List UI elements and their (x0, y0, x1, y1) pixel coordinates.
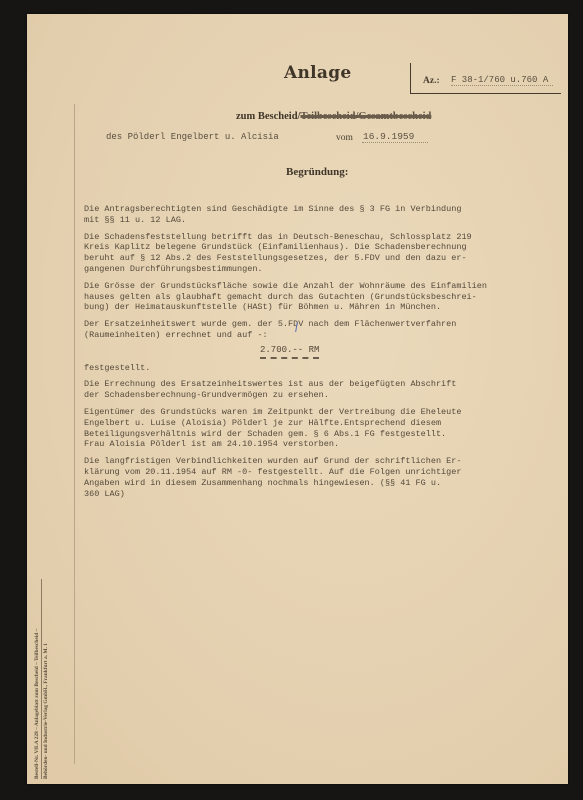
paragraph-claimants: Die Antragsberechtigten sind Geschädigte… (84, 204, 564, 226)
margin-rule (74, 104, 75, 764)
paragraph-owners: Eigentümer des Grundstücks waren im Zeit… (84, 407, 564, 450)
printer-imprint: Bestell-Nr. VfLA 228 – Anlageblatt zum B… (33, 579, 57, 779)
decision-date: 16.9.1959 (362, 131, 428, 143)
section-heading: Begründung: (286, 166, 348, 178)
document-subtitle: zum Bescheid/Teilbescheid/Gesamtbescheid (236, 111, 431, 122)
reference-number: F 38-1/760 u.760 A (451, 75, 553, 86)
assessed-amount: 2.700.-- RM (260, 345, 319, 359)
paragraph-evidence: Die Grösse der Grundstücksfläche sowie d… (84, 281, 564, 313)
paragraph-liabilities: Die langfristigen Verbindlichkeiten wurd… (84, 456, 564, 499)
paragraph-property: Die Schadensfeststellung betrifft das in… (84, 232, 564, 275)
imprint-line-1: Bestell-Nr. VfLA 228 – Anlageblatt zum B… (33, 579, 41, 779)
subtitle-struck-text: Teilbescheid/Gesamtbescheid (300, 111, 431, 122)
date-label: vom (336, 133, 353, 143)
document-title: Anlage (284, 63, 352, 83)
document-page: Bestell-Nr. VfLA 228 – Anlageblatt zum B… (27, 14, 568, 784)
body-text: Die Antragsberechtigten sind Geschädigte… (84, 204, 564, 505)
reference-label: Az.: (423, 76, 440, 86)
imprint-line-2: Behörden- und Industrie-Verlag GmbH., Fr… (41, 579, 50, 779)
subtitle-prefix: zum Bescheid/ (236, 111, 300, 122)
applicant-name: des Pölderl Engelbert u. Alcisia (106, 132, 279, 142)
paragraph-calculation: Die Errechnung des Ersatzeinheitswertes … (84, 379, 564, 401)
paragraph-valuation-end: festgestellt. (84, 363, 564, 374)
reference-box: Az.: F 38-1/760 u.760 A (410, 63, 561, 94)
paragraph-valuation: Der Ersatzeinheitswert wurde gem. der 5.… (84, 319, 564, 341)
